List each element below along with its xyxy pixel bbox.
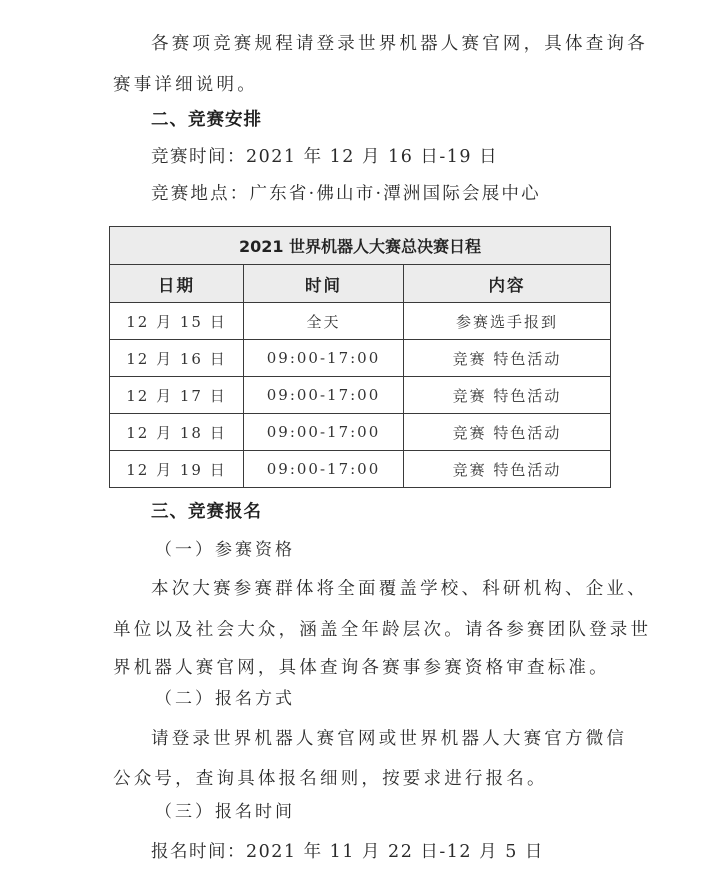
column-header-date: 日期 bbox=[110, 265, 244, 303]
eligibility-line2: 单位以及社会大众，涵盖全年龄层次。请各参赛团队登录世 bbox=[113, 618, 651, 642]
column-header-time: 时间 bbox=[244, 265, 404, 303]
subheading-eligibility: （一）参赛资格 bbox=[155, 538, 295, 562]
table-title-row: 2021 世界机器人大赛总决赛日程 bbox=[110, 227, 611, 265]
section-heading-registration: 三、竞赛报名 bbox=[151, 500, 262, 524]
cell-time: 09:00-17:00 bbox=[244, 414, 404, 451]
cell-content: 竞赛 特色活动 bbox=[404, 340, 611, 377]
table-row: 12 月 17 日 09:00-17:00 竞赛 特色活动 bbox=[110, 377, 611, 414]
section-heading-schedule: 二、竞赛安排 bbox=[151, 108, 262, 132]
table-title: 2021 世界机器人大赛总决赛日程 bbox=[110, 227, 611, 265]
schedule-table: 2021 世界机器人大赛总决赛日程 日期 时间 内容 12 月 15 日 全天 … bbox=[109, 226, 611, 488]
cell-date: 12 月 18 日 bbox=[110, 414, 244, 451]
cell-content: 竞赛 特色活动 bbox=[404, 451, 611, 488]
subheading-registration-time: （三）报名时间 bbox=[155, 800, 295, 824]
table-header-row: 日期 时间 内容 bbox=[110, 265, 611, 303]
cell-date: 12 月 16 日 bbox=[110, 340, 244, 377]
eligibility-line3: 界机器人赛官网，具体查询各赛事参赛资格审查标准。 bbox=[113, 656, 610, 680]
method-line2: 公众号，查询具体报名细则，按要求进行报名。 bbox=[113, 767, 548, 791]
paragraph-rules-line1: 各赛项竞赛规程请登录世界机器人赛官网，具体查询各 bbox=[151, 32, 648, 56]
cell-date: 12 月 17 日 bbox=[110, 377, 244, 414]
table-row: 12 月 15 日 全天 参赛选手报到 bbox=[110, 303, 611, 340]
registration-time: 报名时间：2021 年 11 月 22 日-12 月 5 日 bbox=[151, 840, 544, 864]
cell-time: 09:00-17:00 bbox=[244, 340, 404, 377]
cell-content: 参赛选手报到 bbox=[404, 303, 611, 340]
cell-time: 09:00-17:00 bbox=[244, 377, 404, 414]
subheading-method: （二）报名方式 bbox=[155, 687, 295, 711]
cell-content: 竞赛 特色活动 bbox=[404, 414, 611, 451]
method-line1: 请登录世界机器人赛官网或世界机器人大赛官方微信 bbox=[151, 727, 627, 751]
cell-time: 09:00-17:00 bbox=[244, 451, 404, 488]
cell-time: 全天 bbox=[244, 303, 404, 340]
cell-date: 12 月 19 日 bbox=[110, 451, 244, 488]
cell-content: 竞赛 特色活动 bbox=[404, 377, 611, 414]
column-header-content: 内容 bbox=[404, 265, 611, 303]
competition-location: 竞赛地点：广东省·佛山市·潭洲国际会展中心 bbox=[151, 182, 541, 206]
table-row: 12 月 16 日 09:00-17:00 竞赛 特色活动 bbox=[110, 340, 611, 377]
paragraph-rules-line2: 赛事详细说明。 bbox=[113, 73, 258, 97]
table-row: 12 月 19 日 09:00-17:00 竞赛 特色活动 bbox=[110, 451, 611, 488]
competition-time: 竞赛时间：2021 年 12 月 16 日-19 日 bbox=[151, 145, 498, 169]
table-row: 12 月 18 日 09:00-17:00 竞赛 特色活动 bbox=[110, 414, 611, 451]
eligibility-line1: 本次大赛参赛群体将全面覆盖学校、科研机构、企业、 bbox=[151, 577, 648, 601]
cell-date: 12 月 15 日 bbox=[110, 303, 244, 340]
